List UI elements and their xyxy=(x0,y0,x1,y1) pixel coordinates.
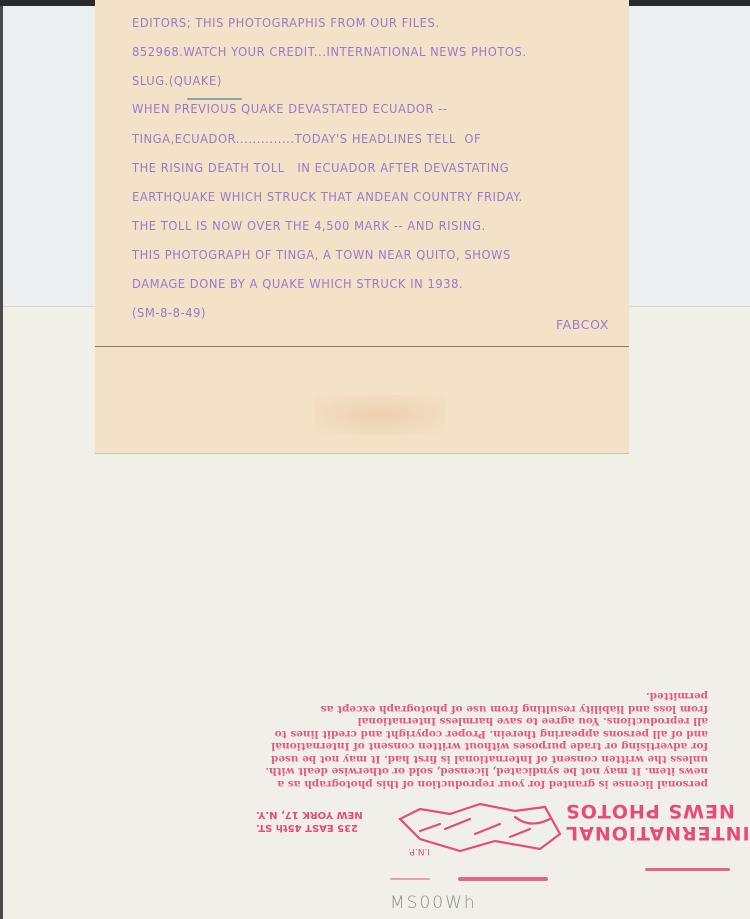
caption-line: THE RISING DEATH TOLL IN ECUADOR AFTER D… xyxy=(132,160,509,175)
license-line: all reproductions. You agree to save har… xyxy=(248,715,708,728)
caption-line: EDITORS; THIS PHOTOGRAPHIS FROM OUR FILE… xyxy=(132,15,440,30)
caption-slip: EDITORS; THIS PHOTOGRAPHIS FROM OUR FILE… xyxy=(95,0,629,453)
slug-underline-mark xyxy=(187,98,242,100)
scanner-edge-left xyxy=(0,6,3,919)
license-line: news item. It may not be syndicated, lic… xyxy=(248,765,708,778)
agency-name-line: NEWS PHOTOS xyxy=(565,800,750,822)
license-line: unless the written consent of Internatio… xyxy=(248,753,708,766)
license-line: and of all persons appearing therein. Pr… xyxy=(248,728,708,741)
ink-streak xyxy=(390,878,430,880)
license-line: from loss and liability resulting from u… xyxy=(248,703,708,716)
caption-line: 852968.WATCH YOUR CREDIT...INTERNATIONAL… xyxy=(132,44,527,59)
caption-line: EARTHQUAKE WHICH STRUCK THAT ANDEAN COUN… xyxy=(132,189,523,204)
agency-address-stamp: 235 EAST 45th ST. NEW YORK 17, N.Y. xyxy=(256,808,363,834)
caption-line: THE TOLL IS NOW OVER THE 4,500 MARK -- A… xyxy=(132,218,486,233)
caption-line: TINGA,ECUADOR..............TODAY'S HEADL… xyxy=(132,131,481,146)
license-line: permitted. xyxy=(248,690,708,703)
agency-name-line: INTERNATIONAL xyxy=(565,822,750,844)
address-line: 235 EAST 45th ST. xyxy=(256,821,363,834)
license-line: personal license is granted for your rep… xyxy=(248,778,708,791)
caption-credit: FABCOX xyxy=(556,317,609,332)
license-stamp: personal license is granted for your rep… xyxy=(248,690,708,790)
caption-date-code: (SM-8-8-49) xyxy=(132,305,206,320)
caption-fold-line xyxy=(95,346,629,347)
caption-line: THIS PHOTOGRAPH OF TINGA, A TOWN NEAR QU… xyxy=(132,247,511,262)
glue-stain xyxy=(315,395,445,435)
license-line: for advertising or trade purposes withou… xyxy=(248,740,708,753)
caption-line: WHEN PREVIOUS QUAKE DEVASTATED ECUADOR -… xyxy=(132,101,448,116)
caption-line: SLUG.(QUAKE) xyxy=(132,73,222,88)
agency-stamp: INTERNATIONAL NEWS PHOTOS xyxy=(565,800,750,844)
caption-line: DAMAGE DONE BY A QUAKE WHICH STRUCK IN 1… xyxy=(132,276,463,291)
inp-logo-icon: I.N.P. xyxy=(390,795,570,860)
ink-streak xyxy=(645,868,730,871)
svg-text:I.N.P.: I.N.P. xyxy=(408,846,430,856)
pencil-note: MS00Wh xyxy=(390,893,477,913)
address-line: NEW YORK 17, N.Y. xyxy=(256,808,363,821)
ink-streak xyxy=(458,877,548,881)
